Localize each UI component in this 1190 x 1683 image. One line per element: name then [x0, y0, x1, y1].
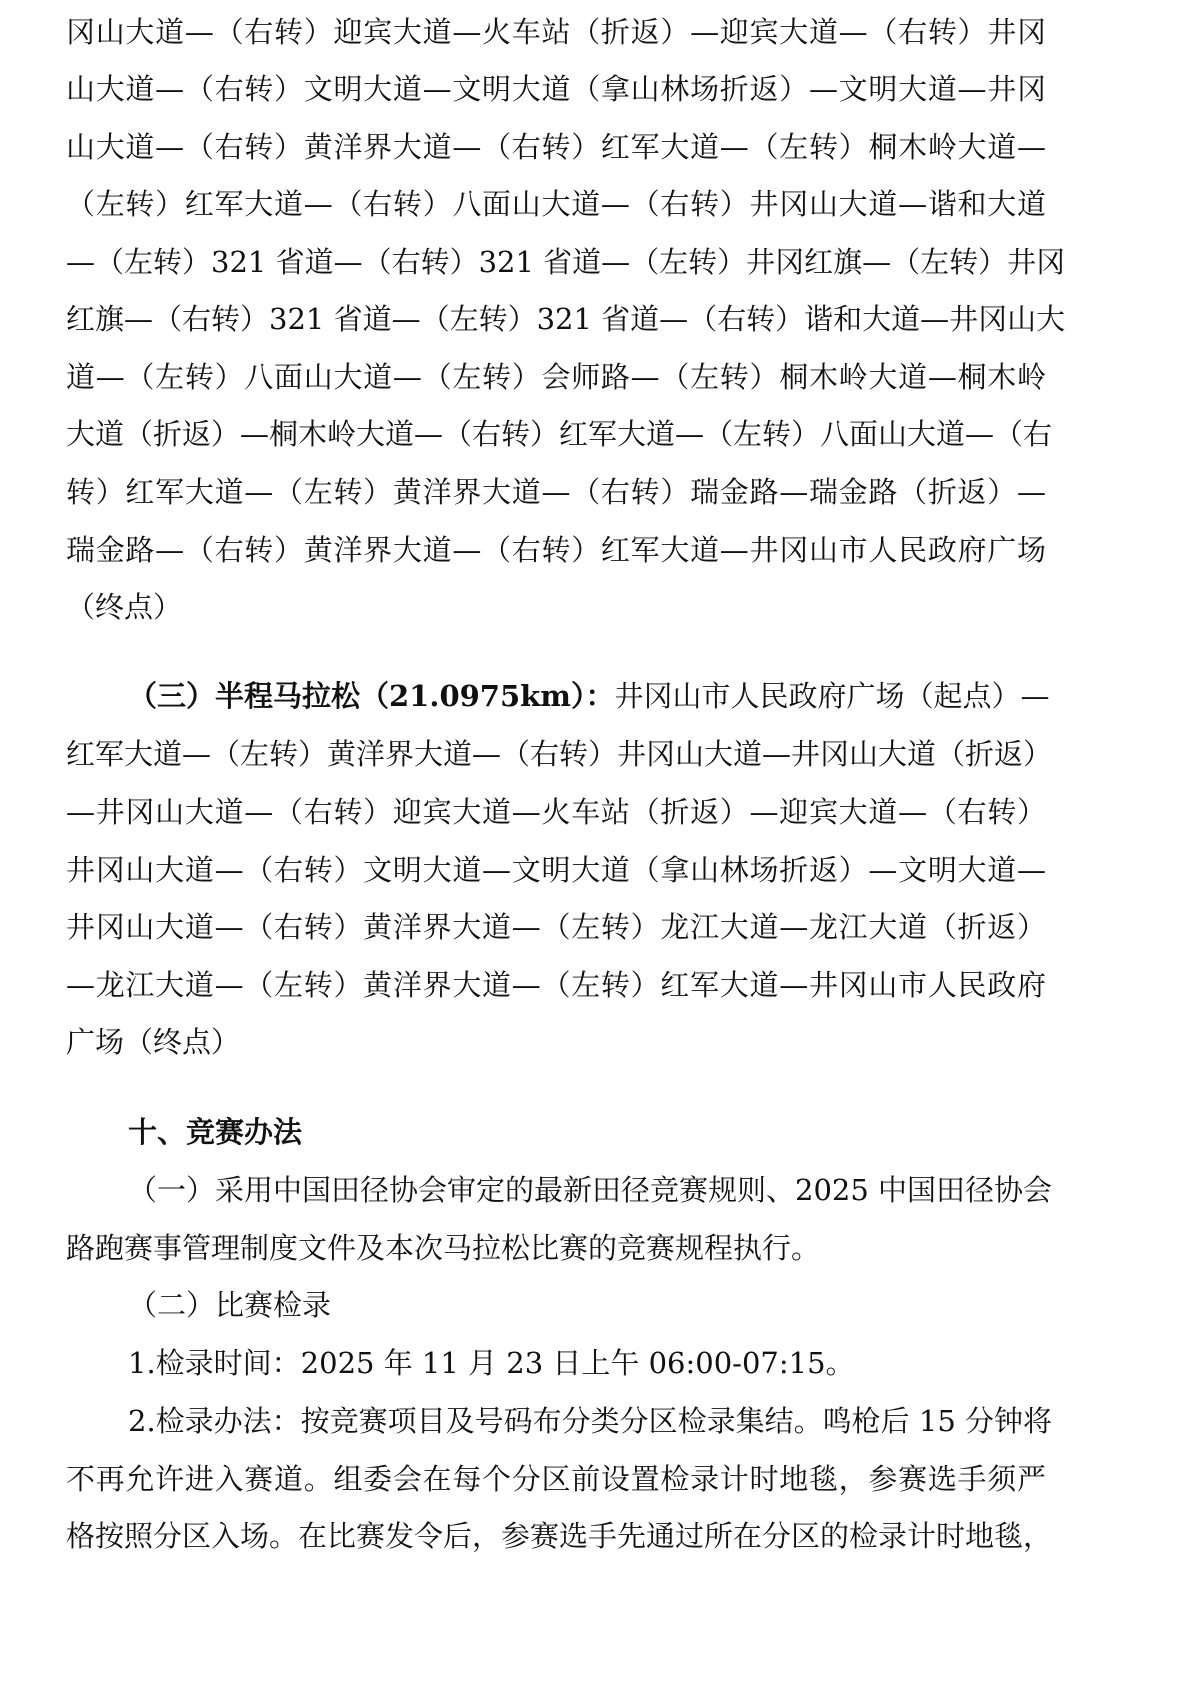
document-page: 冈山大道—（右转）迎宾大道—火车站（折返）—迎宾大道—（右转）井冈 山大道—（右… [0, 0, 1190, 1683]
route-line: 转）红军大道—（左转）黄洋界大道—（右转）瑞金路—瑞金路（折返）— [66, 472, 1046, 512]
route-line: 红军大道—（左转）黄洋界大道—（右转）井冈山大道—井冈山大道（折返） [66, 734, 1046, 774]
route-line: 冈山大道—（右转）迎宾大道—火车站（折返）—迎宾大道—（右转）井冈 [66, 12, 1046, 52]
paragraph-line: 路跑赛事管理制度文件及本次马拉松比赛的竞赛规程执行。 [66, 1228, 1046, 1268]
route-line: —（左转）321 省道—（右转）321 省道—（左转）井冈红旗—（左转）井冈 [66, 242, 1046, 282]
route-line-end: （终点） [66, 587, 1046, 627]
route-line: 道—（左转）八面山大道—（左转）会师路—（左转）桐木岭大道—桐木岭 [66, 357, 1046, 397]
paragraph-line: 2.检录办法：按竞赛项目及号码布分类分区检录集结。鸣枪后 15 分钟将 [128, 1401, 1046, 1441]
section-heading: 十、竞赛办法 [128, 1112, 1046, 1152]
route-line: —龙江大道—（左转）黄洋界大道—（左转）红军大道—井冈山市人民政府 [66, 965, 1046, 1005]
route-line: —井冈山大道—（右转）迎宾大道—火车站（折返）—迎宾大道—（右转） [66, 792, 1046, 832]
route-line: 大道（折返）—桐木岭大道—（右转）红军大道—（左转）八面山大道—（右 [66, 414, 1046, 454]
half-marathon-first-line: （三）半程马拉松（21.0975km）：井冈山市人民政府广场（起点）— [128, 676, 1046, 716]
paragraph-line: （一）采用中国田径协会审定的最新田径竞赛规则、2025 中国田径协会 [128, 1170, 1046, 1210]
half-marathon-label: （三）半程马拉松（21.0975km）： [128, 679, 614, 713]
paragraph-line: 格按照分区入场。在比赛发令后，参赛选手先通过所在分区的检录计时地毯， [66, 1516, 1046, 1556]
route-line: 山大道—（右转）黄洋界大道—（右转）红军大道—（左转）桐木岭大道— [66, 127, 1046, 167]
route-line: 红旗—（右转）321 省道—（左转）321 省道—（右转）谐和大道—井冈山大 [66, 299, 1046, 339]
route-line: 山大道—（右转）文明大道—文明大道（拿山林场折返）—文明大道—井冈 [66, 69, 1046, 109]
subsection-heading: （二）比赛检录 [128, 1285, 1046, 1325]
route-line-end: 广场（终点） [66, 1022, 1046, 1062]
route-line: 井冈山大道—（右转）黄洋界大道—（左转）龙江大道—龙江大道（折返） [66, 907, 1046, 947]
checkin-time: 1.检录时间：2025 年 11 月 23 日上午 06:00-07:15。 [128, 1343, 1046, 1383]
route-line: （左转）红军大道—（右转）八面山大道—（右转）井冈山大道—谐和大道 [66, 184, 1046, 224]
route-line: 瑞金路—（右转）黄洋界大道—（右转）红军大道—井冈山市人民政府广场 [66, 530, 1046, 570]
half-marathon-start: 井冈山市人民政府广场（起点）— [614, 679, 1049, 713]
route-line: 井冈山大道—（右转）文明大道—文明大道（拿山林场折返）—文明大道— [66, 850, 1046, 890]
paragraph-line: 不再允许进入赛道。组委会在每个分区前设置检录计时地毯，参赛选手须严 [66, 1459, 1046, 1499]
